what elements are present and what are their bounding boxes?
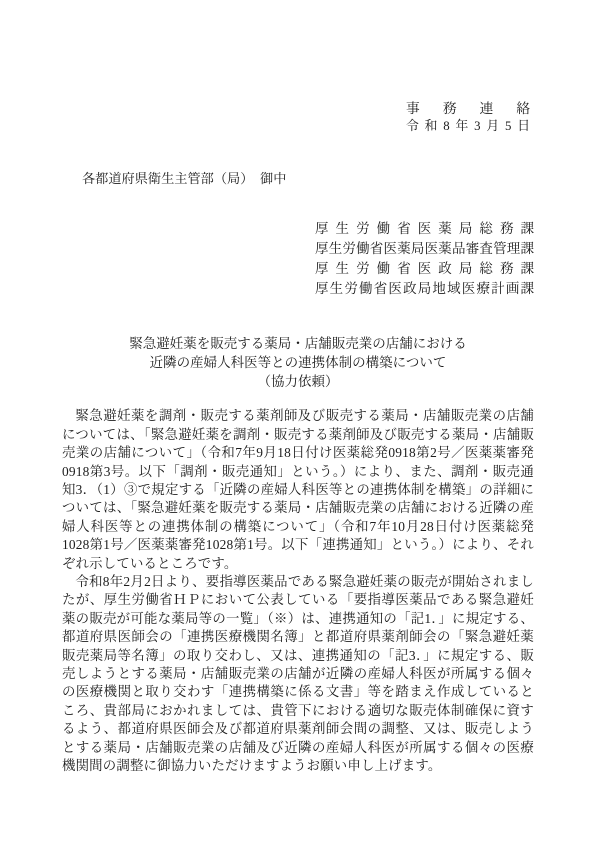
title-line-1: 緊急避妊薬を販売する薬局・店舗販売業の店舗における [62,335,534,354]
recipient-line: 各都道府県衛生主管部（局） 御中 [62,171,534,187]
paragraph-2: 令和8年2月2日より、要指導医薬品である緊急避妊薬の販売が開始されましたが、厚生… [62,573,534,775]
sender-line-pharmaceutical-general-affairs: 厚生労働省医薬局総務課 [315,219,534,239]
document-date: 令和8年3月5日 [406,118,530,135]
sender-block: 厚生労働省医薬局総務課 厚生労働省医薬局医薬品審査管理課 厚生労働省医政局総務課… [315,219,534,299]
document-body: 緊急避妊薬を調剤・販売する薬剤師及び販売する薬局・店舗販売業の店舗については、「… [62,407,534,775]
title-line-2: 近隣の産婦人科医等との連携体制の構築について [62,354,534,373]
paragraph-1: 緊急避妊薬を調剤・販売する薬剤師及び販売する薬局・店舗販売業の店舗については、「… [62,407,534,573]
sender-line-pharmaceutical-evaluation: 厚生労働省医薬局医薬品審査管理課 [315,239,534,259]
title-line-3: （協力依頼） [62,373,534,392]
sender-line-regional-medical-care-planning: 厚生労働省医政局地域医療計画課 [315,279,534,299]
sender-line-health-policy-general-affairs: 厚生労働省医政局総務課 [315,259,534,279]
document-title: 緊急避妊薬を販売する薬局・店舗販売業の店舗における 近隣の産婦人科医等との連携体… [62,335,534,391]
document-header: 事務連絡 令和8年3月5日 [406,100,530,135]
document-classification: 事務連絡 [406,100,530,118]
document-page: 事務連絡 令和8年3月5日 各都道府県衛生主管部（局） 御中 厚生労働省医薬局総… [0,0,595,841]
